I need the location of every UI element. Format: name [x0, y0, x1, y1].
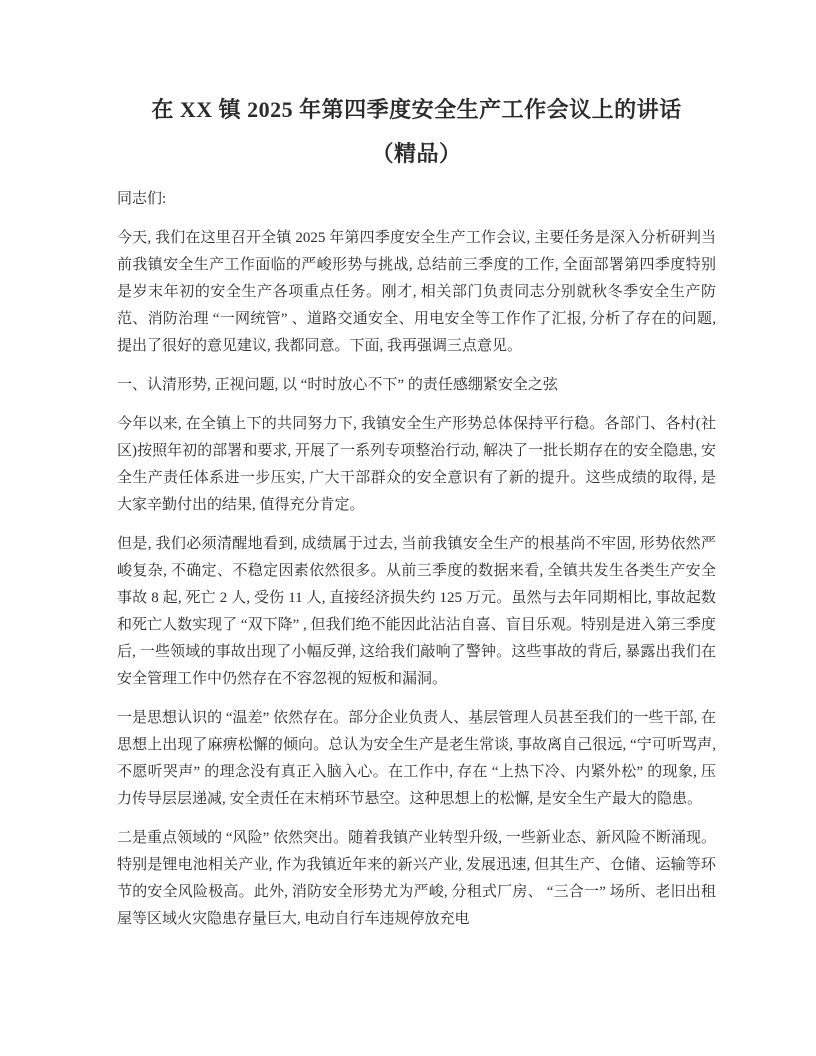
paragraph-issue-thought-gap: 一是思想认识的 “温差” 依然存在。部分企业负责人、基层管理人员甚至我们的一些干… [117, 705, 716, 813]
document-title-line1: 在 XX 镇 2025 年第四季度安全生产工作会议上的讲话 [117, 88, 716, 132]
document-body: 同志们: 今天, 我们在这里召开全镇 2025 年第四季度安全生产工作会议, 主… [117, 186, 716, 933]
section-heading-1: 一、认清形势, 正视问题, 以 “时时放心不下” 的责任感绷紧安全之弦 [117, 372, 716, 399]
document-title: 在 XX 镇 2025 年第四季度安全生产工作会议上的讲话 （精品） [117, 88, 716, 176]
paragraph-intro: 今天, 我们在这里召开全镇 2025 年第四季度安全生产工作会议, 主要任务是深… [117, 225, 716, 360]
document-title-line2: （精品） [117, 132, 716, 176]
salutation: 同志们: [117, 186, 716, 213]
paragraph-issue-key-risks: 二是重点领域的 “风险” 依然突出。随着我镇产业转型升级, 一些新业态、新风险不… [117, 825, 716, 933]
paragraph-situation-analysis: 但是, 我们必须清醒地看到, 成绩属于过去, 当前我镇安全生产的根基尚不牢固, … [117, 531, 716, 693]
paragraph-achievements: 今年以来, 在全镇上下的共同努力下, 我镇安全生产形势总体保持平行稳。各部门、各… [117, 411, 716, 519]
document-page: 在 XX 镇 2025 年第四季度安全生产工作会议上的讲话 （精品） 同志们: … [0, 0, 816, 1056]
